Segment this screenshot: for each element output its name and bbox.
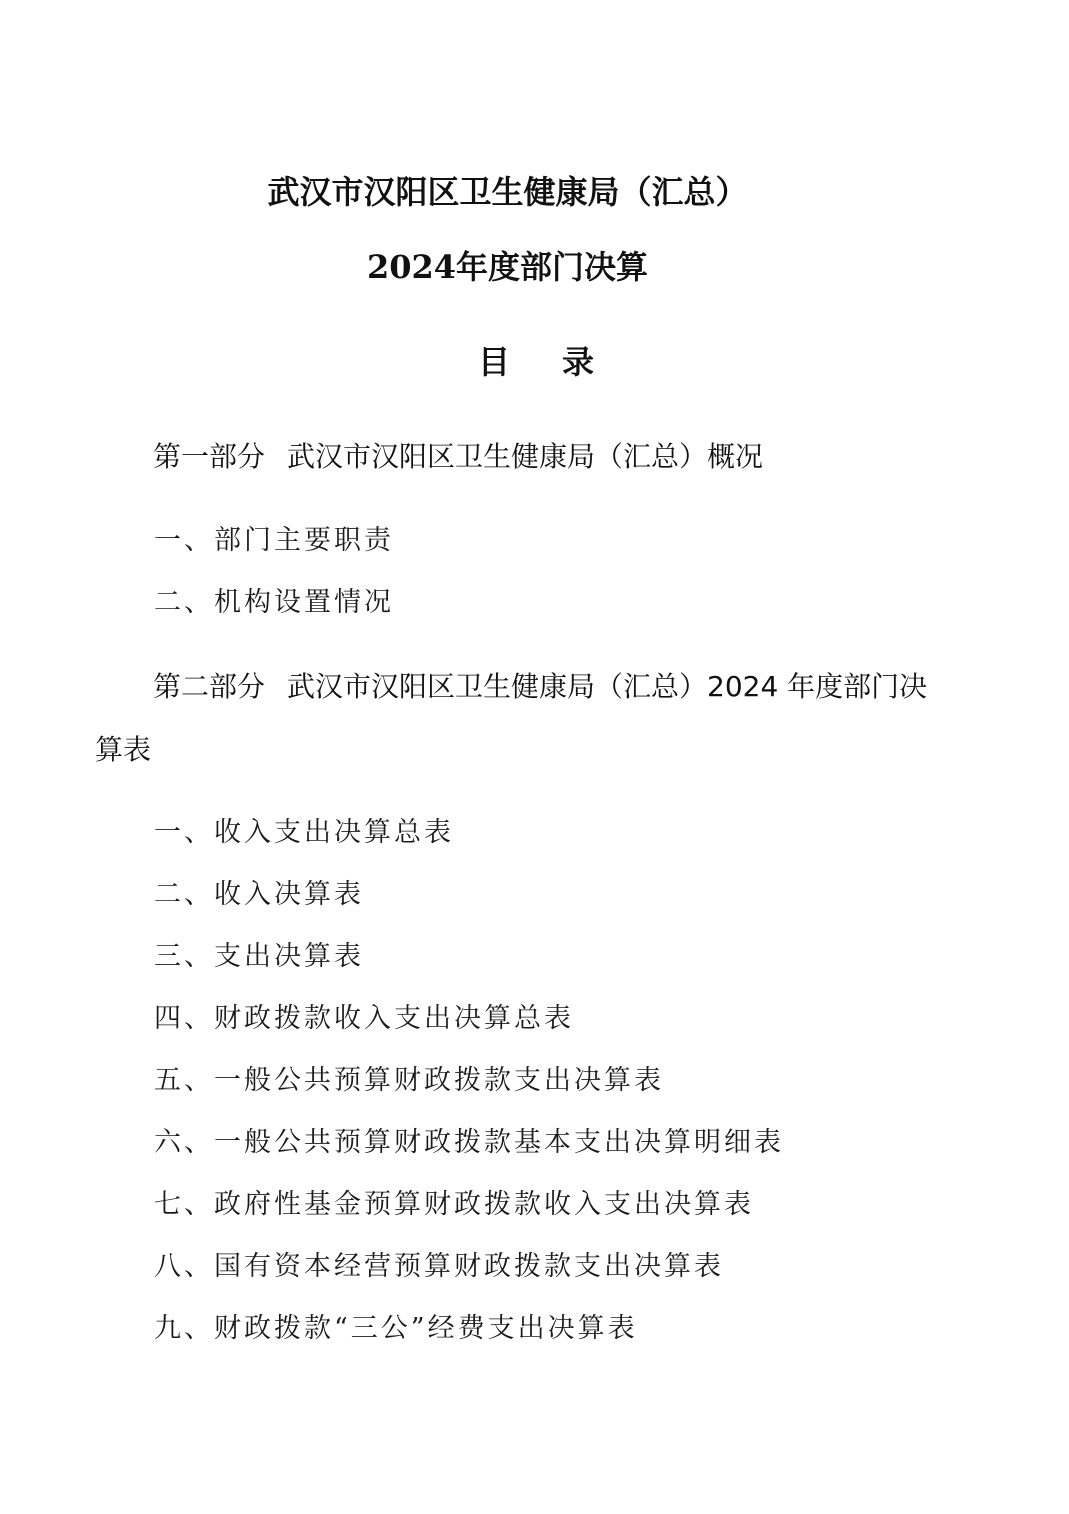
toc-item: 一、部门主要职责 [154, 527, 394, 554]
document-title-line2: 2024年度部门决算 [0, 251, 1015, 283]
toc-item: 三、支出决算表 [154, 943, 364, 970]
part2-label: 第二部分 [153, 670, 265, 703]
toc-heading-char2: 录 [562, 346, 594, 378]
toc-heading-char1: 目 [478, 346, 510, 378]
toc-item: 一、收入支出决算总表 [154, 819, 454, 846]
toc-heading: 目录 [478, 346, 594, 378]
part2-title-line2: 算表 [95, 736, 151, 764]
part1-label: 第一部分 [153, 440, 265, 473]
part1-heading: 第一部分武汉市汉阳区卫生健康局（汇总）概况 [153, 443, 763, 471]
part1-title: 武汉市汉阳区卫生健康局（汇总）概况 [287, 440, 763, 473]
toc-item: 二、机构设置情况 [154, 589, 394, 616]
toc-item: 六、一般公共预算财政拨款基本支出决算明细表 [154, 1129, 784, 1156]
document-title-line1: 武汉市汉阳区卫生健康局（汇总） [0, 176, 1015, 208]
part2-heading: 第二部分武汉市汉阳区卫生健康局（汇总）2024 年度部门决 [153, 673, 927, 701]
toc-item: 二、收入决算表 [154, 881, 364, 908]
toc-item: 五、一般公共预算财政拨款支出决算表 [154, 1067, 664, 1094]
toc-item: 八、国有资本经营预算财政拨款支出决算表 [154, 1253, 724, 1280]
toc-item: 九、财政拨款“三公”经费支出决算表 [154, 1315, 638, 1342]
part2-title-line1: 武汉市汉阳区卫生健康局（汇总）2024 年度部门决 [287, 670, 927, 703]
toc-item: 七、政府性基金预算财政拨款收入支出决算表 [154, 1191, 754, 1218]
toc-item: 四、财政拨款收入支出决算总表 [154, 1005, 574, 1032]
